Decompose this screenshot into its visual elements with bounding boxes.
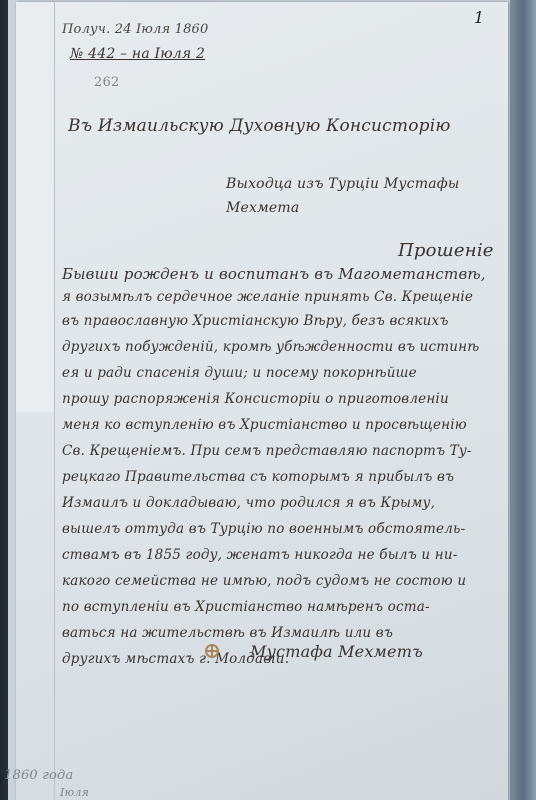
registry-number: № 442 – на Іюля 2 (70, 46, 205, 62)
body-line: меня ко вступленію въ Христіанство и про… (62, 417, 467, 433)
folder-edge (510, 0, 536, 800)
petitioner-line-1: Выходца изъ Турціи Мустафы (226, 176, 460, 192)
body-line: Измаилъ и докладываю, что родился я въ К… (62, 495, 435, 511)
signature: Мустафа Мехметъ (250, 642, 423, 661)
body-line: я возымѣлъ сердечное желаніе принять Св.… (62, 289, 473, 305)
petitioner-line-2: Мехмета (226, 200, 299, 216)
body-line: вышелъ оттуда въ Турцію по военнымъ обст… (62, 521, 465, 537)
cross-seal-icon (205, 644, 219, 658)
pencil-number: 262 (94, 75, 119, 90)
body-line: ваться на жительствѣ въ Измаилѣ или въ (62, 625, 393, 641)
addressee: Въ Измаильскую Духовную Консисторію (68, 116, 451, 136)
body-line: по вступленіи въ Христіанство намѣренъ о… (62, 599, 430, 615)
margin-note-year: 1860 года (4, 768, 73, 783)
binding-strip (16, 2, 55, 412)
body-line: Св. Крещеніемъ. При семъ представляю пас… (62, 443, 472, 459)
body-line: какого семейства не имѣю, подъ судомъ не… (62, 573, 466, 589)
body-line: въ православную Христіанскую Вѣру, безъ … (62, 313, 449, 329)
body-line: другихъ побужденій, кромѣ убѣжденности в… (62, 339, 479, 355)
body-line: Бывши рожденъ и воспитанъ въ Магометанст… (62, 265, 486, 283)
body-line: ея и ради спасенія души; и посему покорн… (62, 365, 417, 381)
page-fold (54, 2, 55, 800)
body-line: рецкаго Правительства съ которымъ я приб… (62, 469, 454, 485)
petition-title: Прошеніе (398, 240, 494, 261)
page-number: 1 (474, 8, 484, 27)
margin-note-month: Іюля (60, 786, 89, 799)
received-note: Получ. 24 Іюля 1860 (62, 22, 209, 37)
body-line: ствамъ въ 1855 году, женатъ никогда не б… (62, 547, 458, 563)
body-line: прошу распоряженія Консисторіи о пригото… (62, 391, 449, 407)
